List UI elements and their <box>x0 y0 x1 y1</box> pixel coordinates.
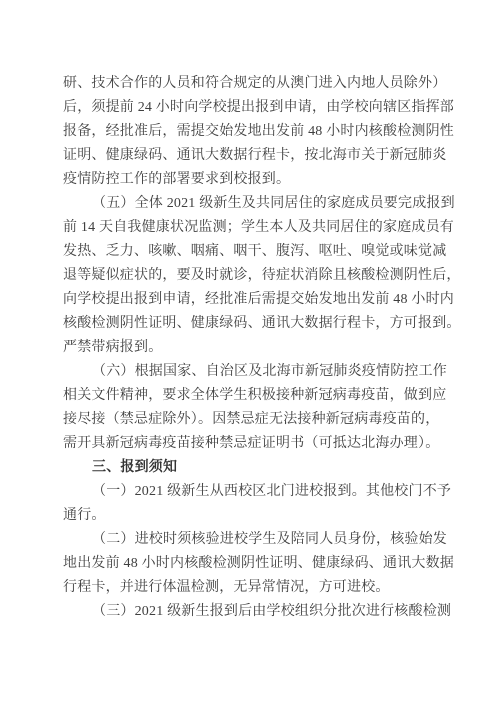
document-line: （一）2021 级新生从西校区北门进校报到。其他校门不予 <box>63 480 437 504</box>
document-line: 后，须提前 24 小时向学校提出报到申请，由学校向辖区指挥部 <box>63 96 437 120</box>
document-line: 研、技术合作的人员和符合规定的从澳门进入内地人员除外） <box>63 72 437 96</box>
document-line: 疫情防控工作的部署要求到校报到。 <box>63 168 437 192</box>
section-heading: 三、报到须知 <box>63 456 437 480</box>
document-line: 行程卡，并进行体温检测，无异常情况，方可进校。 <box>63 576 437 600</box>
document-line: 退等疑似症状的，要及时就诊，待症状消除且核酸检测阴性后， <box>63 264 437 288</box>
document-line: 地出发前 48 小时内核酸检测阴性证明、健康绿码、通讯大数据 <box>63 552 437 576</box>
document-line: 核酸检测阴性证明、健康绿码、通讯大数据行程卡，方可报到。 <box>63 312 437 336</box>
document-line: （六）根据国家、自治区及北海市新冠肺炎疫情防控工作 <box>63 360 437 384</box>
document-text-block: 研、技术合作的人员和符合规定的从澳门进入内地人员除外） 后，须提前 24 小时向… <box>63 72 437 624</box>
document-page: 研、技术合作的人员和符合规定的从澳门进入内地人员除外） 后，须提前 24 小时向… <box>0 0 500 707</box>
document-line: 发热、乏力、咳嗽、咽痛、咽干、腹泻、呕吐、嗅觉或味觉减 <box>63 240 437 264</box>
document-line: 证明、健康绿码、通讯大数据行程卡，按北海市关于新冠肺炎 <box>63 144 437 168</box>
document-line: 通行。 <box>63 504 437 528</box>
document-line: （三）2021 级新生报到后由学校组织分批次进行核酸检测 <box>63 600 437 624</box>
document-line: 报备，经批准后，需提交始发地出发前 48 小时内核酸检测阴性 <box>63 120 437 144</box>
document-line: （五）全体 2021 级新生及共同居住的家庭成员要完成报到 <box>63 192 437 216</box>
document-line: 接尽接（禁忌症除外）。因禁忌症无法接种新冠病毒疫苗的， <box>63 408 437 432</box>
document-line: 前 14 天自我健康状况监测；学生本人及共同居住的家庭成员有 <box>63 216 437 240</box>
document-line: 向学校提出报到申请，经批准后需提交始发地出发前 48 小时内 <box>63 288 437 312</box>
document-line: 严禁带病报到。 <box>63 336 437 360</box>
document-line: 需开具新冠病毒疫苗接种禁忌症证明书（可抵达北海办理）。 <box>63 432 437 456</box>
document-line: 相关文件精神，要求全体学生积极接种新冠病毒疫苗，做到应 <box>63 384 437 408</box>
document-line: （二）进校时须核验进校学生及陪同人员身份，核验始发 <box>63 528 437 552</box>
